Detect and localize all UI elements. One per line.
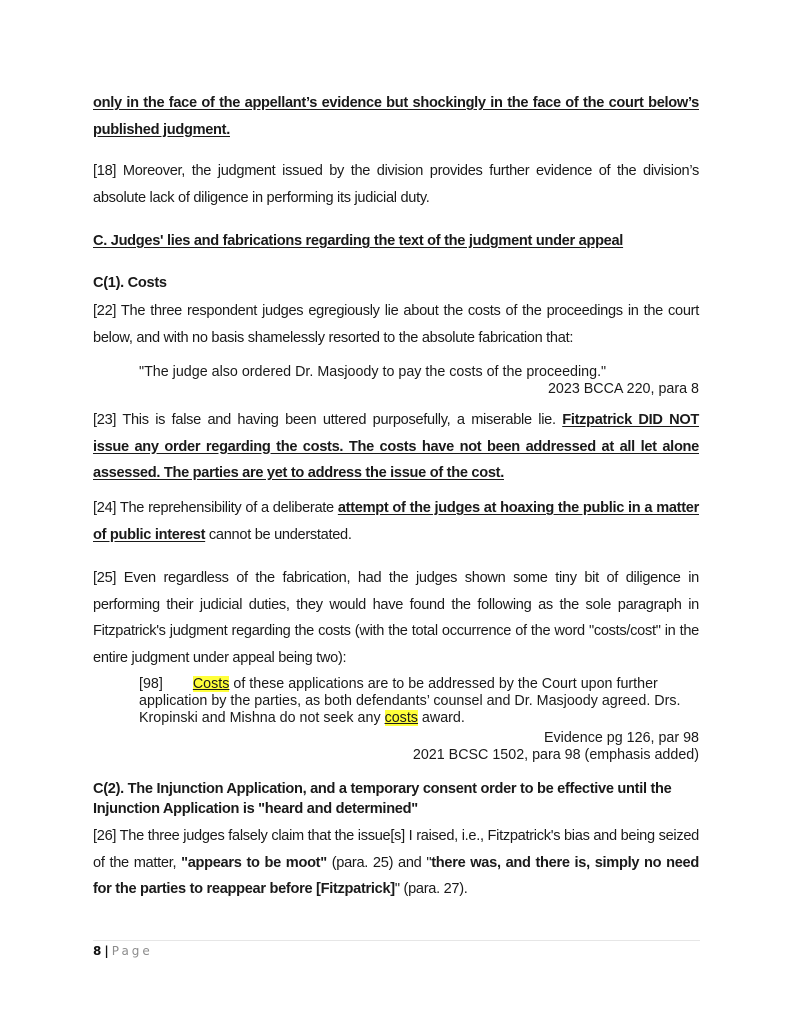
paragraph-25: [25] Even regardless of the fabrication,… [93, 565, 699, 671]
paragraph-23: [23] This is false and having been utter… [93, 407, 699, 487]
section-heading-c: C. Judges' lies and fabrications regardi… [93, 231, 699, 251]
paragraph-24-text-start: [24] The reprehensibility of a deliberat… [93, 500, 338, 516]
paragraph-26: [26] The three judges falsely claim that… [93, 823, 699, 903]
quote-para-number: [98] [139, 676, 163, 692]
footer-divider [93, 940, 700, 941]
block-quote-bcca: "The judge also ordered Dr. Masjoody to … [139, 364, 699, 381]
page-number: 8 [93, 944, 101, 958]
citation-bcsc: 2021 BCSC 1502, para 98 (emphasis added) [139, 747, 699, 764]
paragraph-17-tail: only in the face of the appellant’s evid… [93, 90, 699, 143]
page-footer: 8|Page [93, 944, 153, 958]
paragraph-24: [24] The reprehensibility of a deliberat… [93, 495, 699, 548]
footer-separator: | [104, 944, 108, 958]
paragraph-26-text-2: (para. 25) and " [327, 855, 431, 871]
quote-text-2: award. [418, 710, 465, 726]
paragraph-18: [18] Moreover, the judgment issued by th… [93, 158, 699, 211]
section-heading-c1: C(1). Costs [93, 273, 699, 293]
highlighted-costs-2: costs [385, 710, 418, 726]
section-heading-c2: C(2). The Injunction Application, and a … [93, 779, 683, 819]
paragraph-22: [22] The three respondent judges egregio… [93, 298, 699, 351]
paragraph-24-text-end: cannot be understated. [205, 527, 351, 543]
document-page: only in the face of the appellant’s evid… [0, 0, 791, 1023]
citation-bcca: 2023 BCCA 220, para 8 [139, 381, 699, 398]
paragraph-23-text: [23] This is false and having been utter… [93, 412, 562, 428]
block-quote-judgment: [98]Costs of these applications are to b… [139, 676, 699, 727]
highlighted-costs-1: Costs [193, 676, 230, 692]
paragraph-26-text-3: " (para. 27). [395, 881, 468, 897]
paragraph-26-quote-moot: "appears to be moot" [181, 855, 327, 871]
page-label: Page [112, 944, 153, 958]
citation-evidence: Evidence pg 126, par 98 [139, 730, 699, 747]
